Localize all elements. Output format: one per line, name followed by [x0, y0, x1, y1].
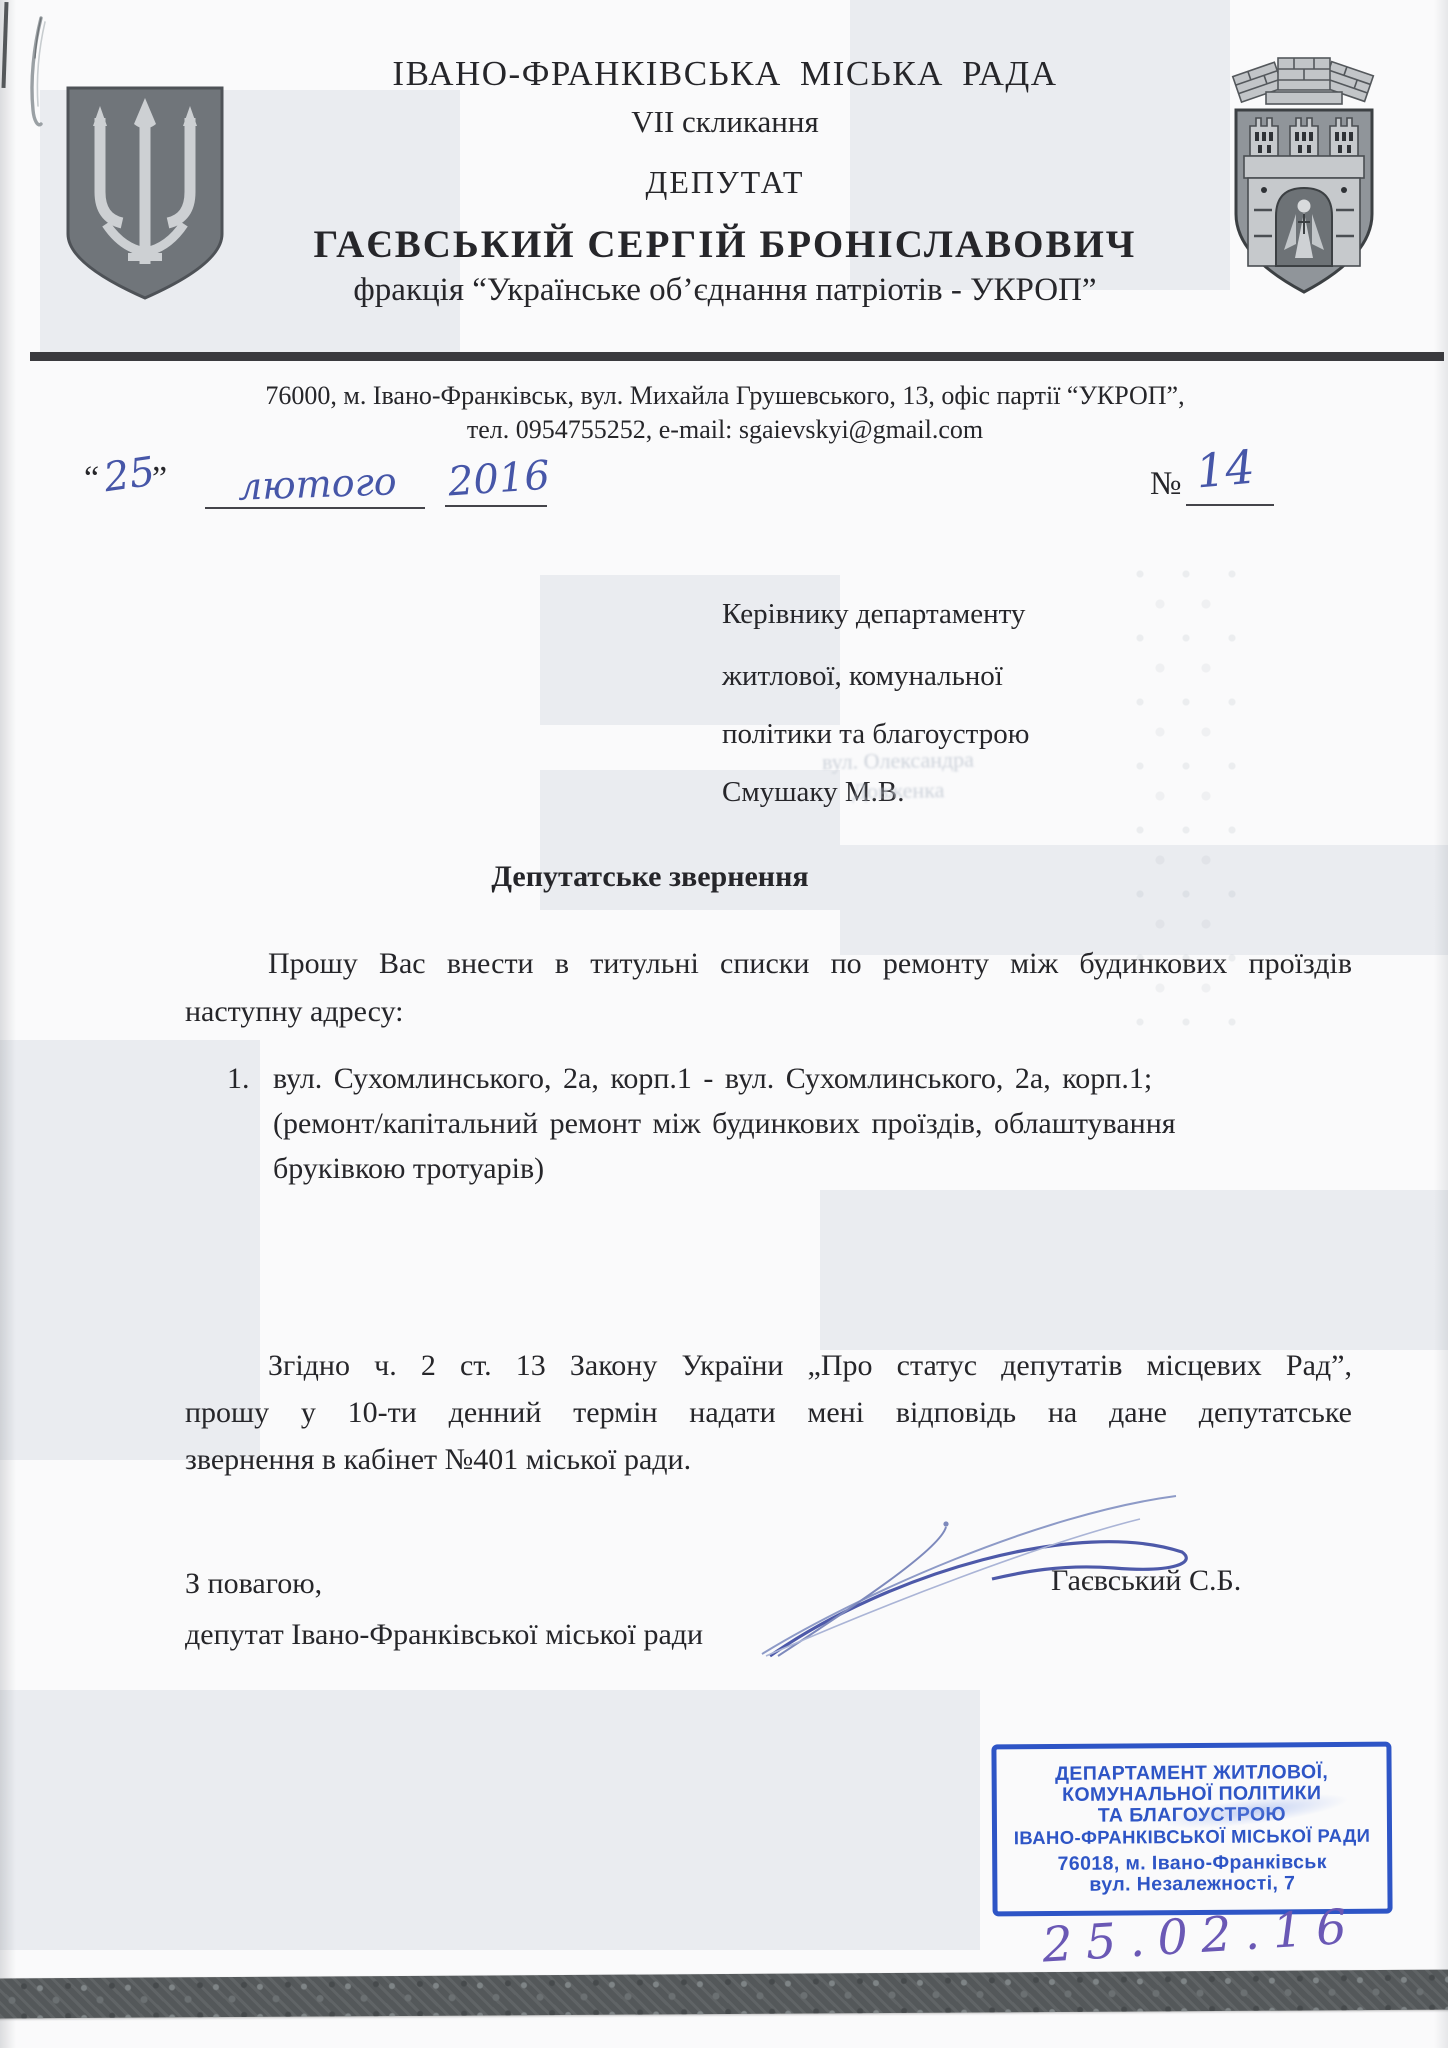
signature-closing: З повагою,: [185, 1564, 322, 1604]
scan-blotch: [820, 1190, 1448, 1350]
council-name: ІВАНО-ФРАНКІВСЬКА МІСЬКА РАДА: [60, 54, 1390, 94]
scan-blotch: [0, 1690, 980, 1950]
recipient-line: політики та благоустрою: [722, 718, 1029, 751]
doc-number-sign: №: [1150, 466, 1182, 503]
recipient-line: житлової, комунальної: [722, 660, 1003, 693]
page-edge-shadow: [1434, 0, 1448, 2048]
body-line: звернення в кабінет №401 міської ради.: [185, 1440, 691, 1480]
deputy-signature: [740, 1472, 1200, 1667]
page-edge-shadow: [0, 0, 16, 2048]
appeal-title: Депутатське звернення: [350, 860, 950, 894]
convocation-line: VII скликання: [60, 104, 1390, 140]
doc-number-underline: [1186, 504, 1274, 506]
paperclip-icon: [24, 14, 52, 134]
stamp-line: вул. Незалежності, 7: [1089, 1873, 1295, 1895]
list-line: бруківкою тротуарів): [273, 1149, 544, 1189]
office-address: 76000, м. Івано-Франківськ, вул. Михайла…: [60, 381, 1390, 411]
list-marker: 1.: [227, 1059, 250, 1099]
doc-number-handwritten: 14: [1194, 440, 1257, 499]
list-line: (ремонт/капітальний ремонт між будинкови…: [273, 1104, 1176, 1144]
bottom-scan-strip: [0, 1969, 1448, 2018]
body-line: прошу у 10-ти денний термін надати мені …: [185, 1393, 1352, 1433]
faction-line: фракція “Українське об’єднання патріотів…: [60, 272, 1390, 309]
deputy-name: ГАЄВСЬКИЙ СЕРГІЙ БРОНІСЛАВОВИЧ: [60, 222, 1390, 267]
date-year-underline: [445, 505, 547, 507]
list-line: вул. Сухомлинського, 2а, корп.1 - вул. С…: [273, 1059, 1152, 1099]
ghost-text: Довженка: [852, 777, 945, 805]
office-contacts: тел. 0954755252, e-mail: sgaievskyi@gmai…: [60, 415, 1390, 445]
body-line: Прошу Вас внести в титульні списки по ре…: [185, 944, 1352, 984]
date-month-handwritten: лютого: [237, 459, 397, 509]
body-line: наступну адресу:: [185, 992, 404, 1032]
date-open-quote: “: [84, 460, 99, 498]
date-year-handwritten: 2016: [447, 453, 552, 506]
header-rule: [30, 352, 1444, 361]
date-day-handwritten: 25: [101, 449, 158, 502]
recipient-line: Керівнику департаменту: [722, 598, 1025, 631]
signature-role: депутат Івано-Франківської міської ради: [185, 1615, 703, 1655]
scanned-letter-page: ІВАНО-ФРАНКІВСЬКА МІСЬКА РАДА VII склика…: [0, 0, 1448, 2048]
date-month-underline: [205, 507, 425, 509]
body-line: Згідно ч. 2 ст. 13 Закону України „Про с…: [185, 1346, 1352, 1386]
ghost-text: вул. Олександра: [822, 747, 974, 776]
deputy-role: ДЕПУТАТ: [60, 164, 1390, 201]
date-close-quote: ”: [152, 460, 167, 498]
